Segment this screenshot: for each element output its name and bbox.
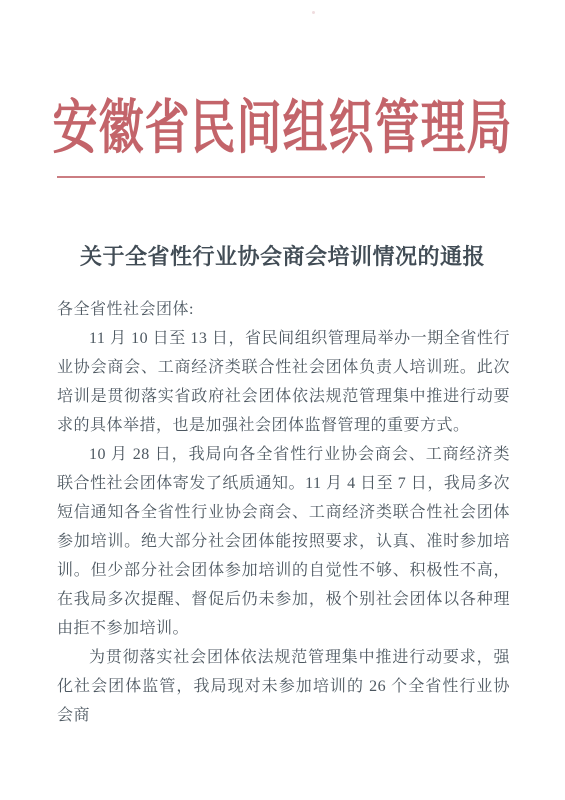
body-paragraph-1: 11 月 10 日至 13 日，省民间组织管理局举办一期全省性行业协会商会、工商… <box>57 324 510 440</box>
scanned-document-page: 安徽省民间组织管理局 关于全省性行业协会商会培训情况的通报 各全省性社会团体: … <box>0 0 565 800</box>
body-paragraph-3: 为贯彻落实社会团体依法规范管理集中推进行动要求，强化社会团体监管，我局现对未参加… <box>57 643 510 730</box>
document-title: 关于全省性行业协会商会培训情况的通报 <box>0 240 565 271</box>
red-divider-line <box>57 176 485 178</box>
body-paragraph-2: 10 月 28 日，我局向各全省性行业协会商会、工商经济类联合性社会团体寄发了纸… <box>57 440 510 643</box>
scan-speck <box>312 11 315 14</box>
agency-name: 安徽省民间组织管理局 <box>52 99 512 158</box>
salutation: 各全省性社会团体: <box>57 295 510 324</box>
document-body: 各全省性社会团体: 11 月 10 日至 13 日，省民间组织管理局举办一期全省… <box>57 295 510 730</box>
letterhead: 安徽省民间组织管理局 <box>0 99 565 157</box>
